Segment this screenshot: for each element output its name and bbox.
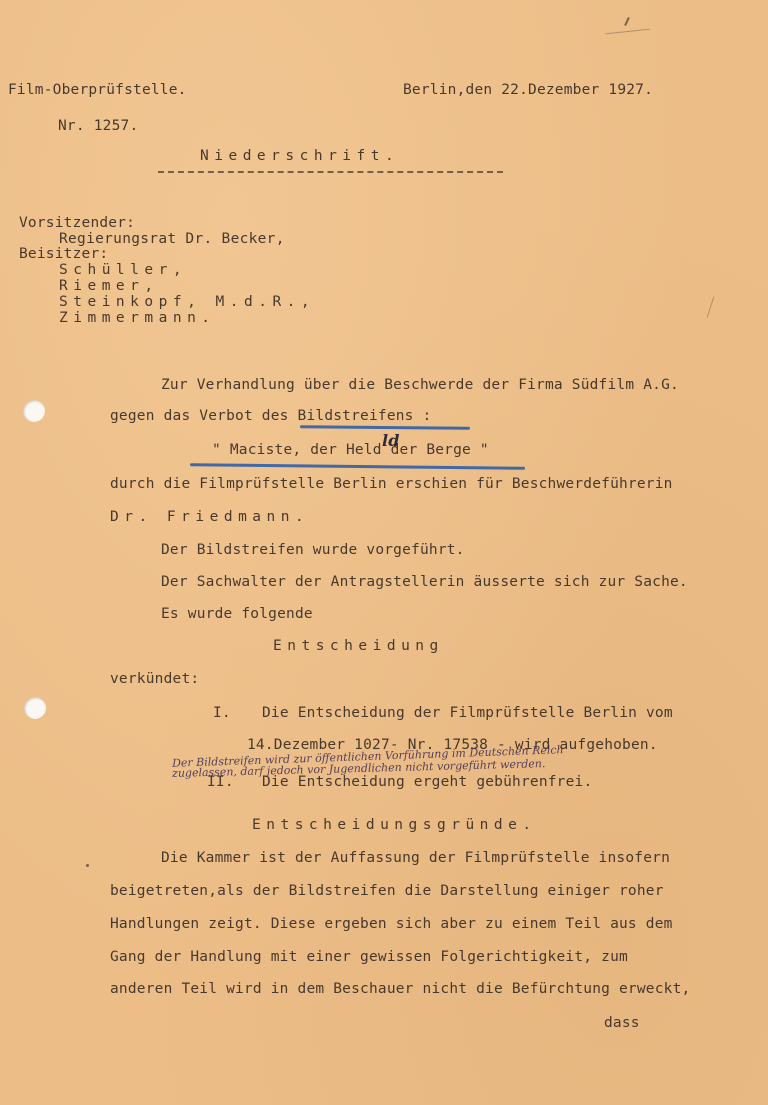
- right-margin-mark: [707, 296, 715, 317]
- body-line-1: Zur Verhandlung über die Beschwerde der …: [161, 377, 679, 393]
- punch-hole-top: [23, 400, 45, 422]
- ruling-1-number: I.: [213, 705, 231, 721]
- reasons-line-4: Gang der Handlung mit einer gewissen Fol…: [110, 949, 628, 965]
- title-correction: ld: [382, 433, 400, 449]
- document-title: Niederschrift.: [200, 148, 399, 164]
- blue-underline-2: [190, 463, 525, 470]
- reasons-line-5: anderen Teil wird in dem Beschauer nicht…: [110, 981, 690, 997]
- reasons-heading: Entscheidungsgründe.: [252, 817, 537, 833]
- assessors-label: Beisitzer:: [19, 246, 108, 262]
- punch-hole-bottom: [24, 697, 46, 719]
- document-number: Nr. 1257.: [58, 118, 138, 134]
- body-line-7: Der Sachwalter der Antragstellerin äusse…: [161, 574, 688, 590]
- issuing-office: Film-Oberprüfstelle.: [8, 82, 187, 98]
- announced-label: verkündet:: [110, 671, 199, 687]
- place-date: Berlin,den 22.Dezember 1927.: [403, 82, 653, 98]
- blue-underline-1: [300, 425, 470, 429]
- body-line-8: Es wurde folgende: [161, 606, 313, 622]
- chair-name: Regierungsrat Dr. Becker,: [59, 231, 285, 247]
- reasons-line-2: beigetreten,als der Bildstreifen die Dar…: [110, 883, 664, 899]
- page-continuation: dass: [604, 1015, 640, 1031]
- pencil-stroke: [605, 29, 650, 35]
- reasons-line-3: Handlungen zeigt. Diese ergeben sich abe…: [110, 916, 673, 932]
- representative: Dr. Friedmann.: [110, 509, 309, 525]
- reasons-line-1: Die Kammer ist der Auffassung der Filmpr…: [161, 850, 670, 866]
- decision-heading: Entscheidung: [273, 638, 444, 654]
- assessor-2: Riemer,: [59, 278, 159, 294]
- body-line-4: durch die Filmprüfstelle Berlin erschien…: [110, 476, 673, 492]
- body-line-6: Der Bildstreifen wurde vorgeführt.: [161, 542, 465, 558]
- ruling-2-text: Die Entscheidung ergeht gebührenfrei.: [262, 774, 592, 790]
- film-title: " Maciste, der Held der Berge ": [212, 442, 489, 458]
- chair-name-text: Regierungsrat Dr. Becker,: [59, 231, 285, 247]
- ruling-1-text: Die Entscheidung der Filmprüfstelle Berl…: [262, 705, 673, 721]
- ruling-2-number: II.: [207, 774, 234, 790]
- assessor-3: Steinkopf, M.d.R.,: [59, 294, 315, 310]
- body-line-2: gegen das Verbot des Bildstreifens :: [110, 408, 431, 424]
- assessor-1: Schüller,: [59, 262, 187, 278]
- assessor-4: Zimmermann.: [59, 310, 216, 326]
- pencil-mark: [624, 17, 630, 26]
- document-page: Film-Oberprüfstelle. Berlin,den 22.Dezem…: [0, 0, 768, 1105]
- title-underline: [158, 171, 503, 173]
- chair-label: Vorsitzender:: [19, 215, 135, 231]
- dot-mark: [86, 864, 89, 867]
